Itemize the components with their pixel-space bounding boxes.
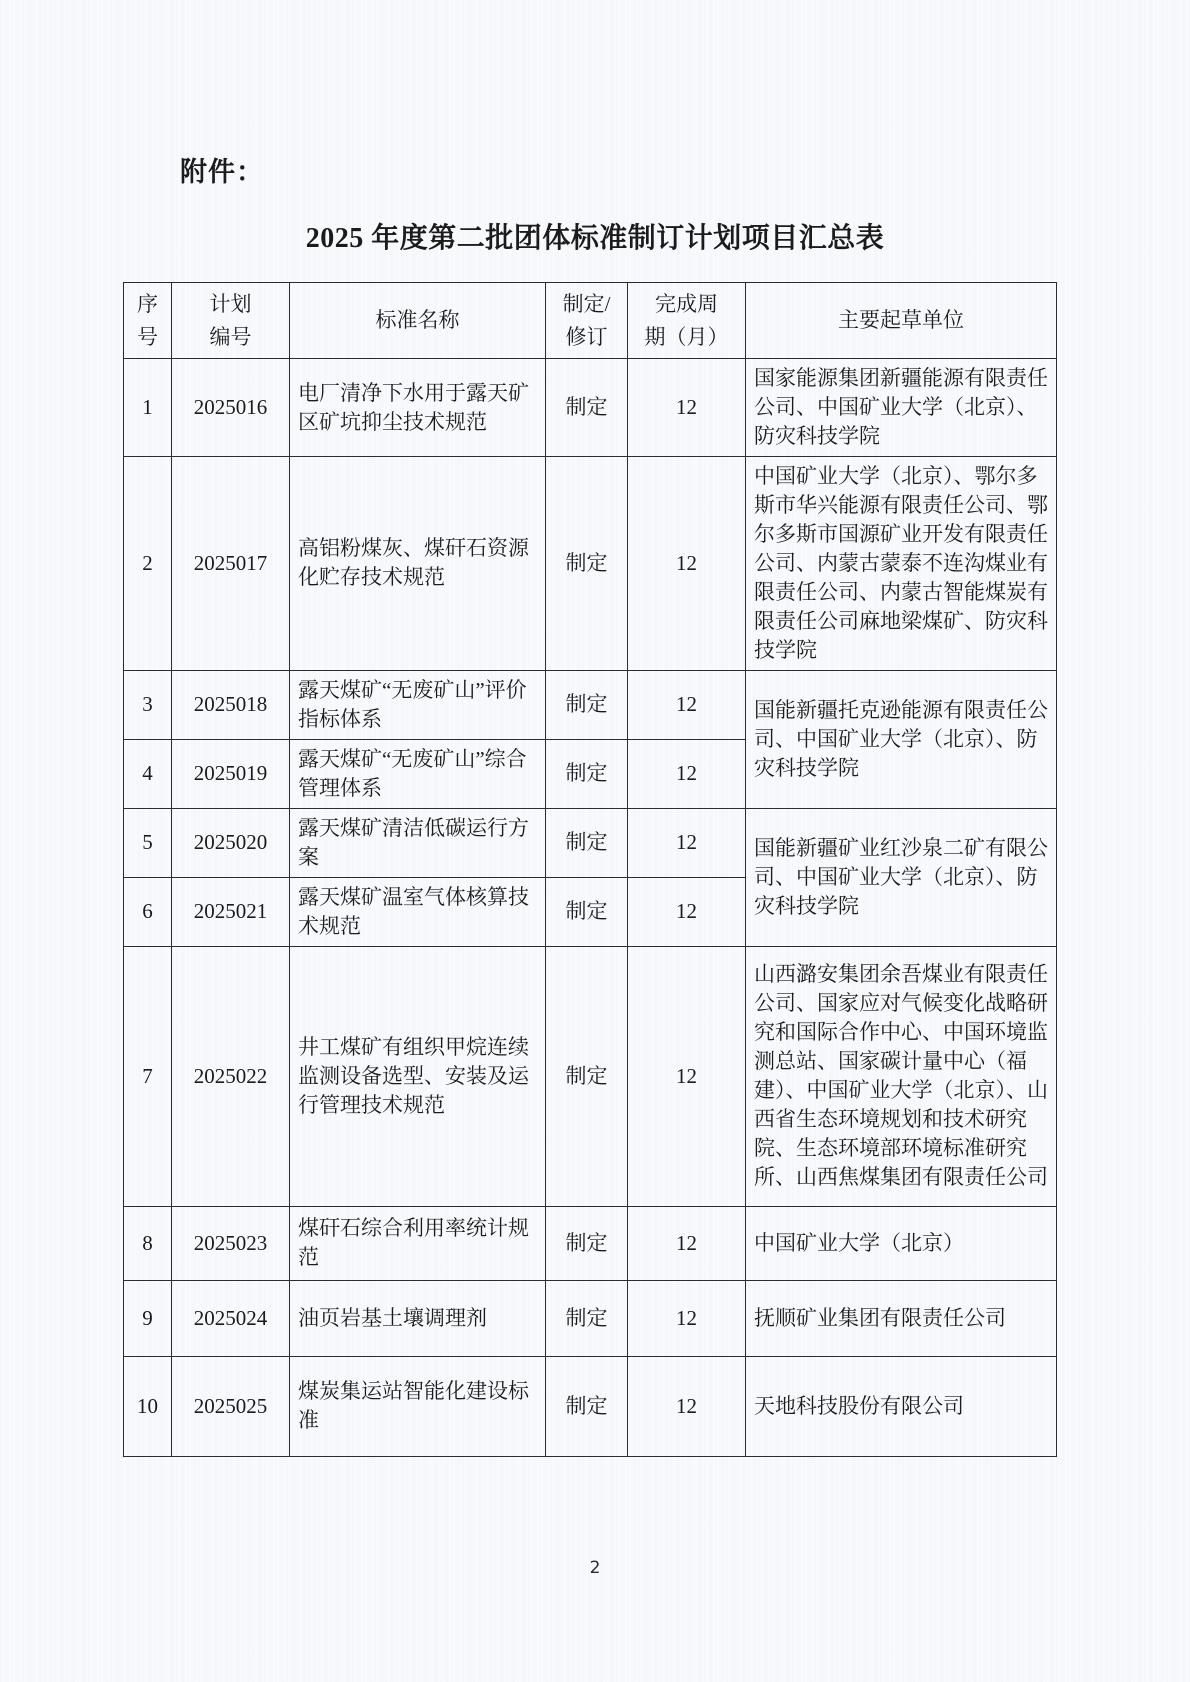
cell-plan-no: 2025018 <box>172 670 290 739</box>
cell-period: 12 <box>628 457 746 671</box>
cell-name: 井工煤矿有组织甲烷连续监测设备选型、安装及运行管理技术规范 <box>290 946 546 1206</box>
cell-index: 1 <box>124 359 172 457</box>
cell-unit: 中国矿业大学（北京）、鄂尔多斯市华兴能源有限责任公司、鄂尔多斯市国源矿业开发有限… <box>746 457 1057 671</box>
cell-period: 12 <box>628 1206 746 1280</box>
cell-name: 露天煤矿“无废矿山”综合管理体系 <box>290 739 546 808</box>
attachment-label: 附件： <box>180 150 264 189</box>
col-header-index: 序 号 <box>124 283 172 359</box>
cell-index: 3 <box>124 670 172 739</box>
cell-type: 制定 <box>546 1356 628 1456</box>
cell-index: 8 <box>124 1206 172 1280</box>
cell-plan-no: 2025025 <box>172 1356 290 1456</box>
cell-unit: 抚顺矿业集团有限责任公司 <box>746 1280 1057 1356</box>
cell-index: 2 <box>124 457 172 671</box>
cell-plan-no: 2025020 <box>172 808 290 877</box>
cell-period: 12 <box>628 877 746 946</box>
cell-plan-no: 2025022 <box>172 946 290 1206</box>
cell-unit: 天地科技股份有限公司 <box>746 1356 1057 1456</box>
col-header-unit: 主要起草单位 <box>746 283 1057 359</box>
cell-period: 12 <box>628 1280 746 1356</box>
page-title: 2025 年度第二批团体标准制订计划项目汇总表 <box>0 216 1190 256</box>
standards-table: 序 号 计划 编号 标准名称 制定/ 修订 完成周 期（月） 主要起草单位 1 … <box>123 282 1057 1457</box>
cell-index: 10 <box>124 1356 172 1456</box>
cell-unit: 中国矿业大学（北京） <box>746 1206 1057 1280</box>
page-number: 2 <box>0 1558 1190 1578</box>
cell-name: 电厂清净下水用于露天矿区矿坑抑尘技术规范 <box>290 359 546 457</box>
cell-plan-no: 2025017 <box>172 457 290 671</box>
cell-name: 煤矸石综合利用率统计规范 <box>290 1206 546 1280</box>
col-header-name: 标准名称 <box>290 283 546 359</box>
cell-name: 油页岩基土壤调理剂 <box>290 1280 546 1356</box>
cell-plan-no: 2025019 <box>172 739 290 808</box>
cell-type: 制定 <box>546 457 628 671</box>
cell-plan-no: 2025024 <box>172 1280 290 1356</box>
cell-type: 制定 <box>546 1206 628 1280</box>
cell-type: 制定 <box>546 739 628 808</box>
col-header-type: 制定/ 修订 <box>546 283 628 359</box>
table-row: 10 2025025 煤炭集运站智能化建设标准 制定 12 天地科技股份有限公司 <box>124 1356 1057 1456</box>
table-row: 7 2025022 井工煤矿有组织甲烷连续监测设备选型、安装及运行管理技术规范 … <box>124 946 1057 1206</box>
cell-type: 制定 <box>546 670 628 739</box>
cell-unit: 国家能源集团新疆能源有限责任公司、中国矿业大学（北京）、防灾科技学院 <box>746 359 1057 457</box>
cell-type: 制定 <box>546 1280 628 1356</box>
cell-name: 高铝粉煤灰、煤矸石资源化贮存技术规范 <box>290 457 546 671</box>
cell-name: 露天煤矿“无废矿山”评价指标体系 <box>290 670 546 739</box>
cell-index: 6 <box>124 877 172 946</box>
cell-period: 12 <box>628 670 746 739</box>
cell-index: 7 <box>124 946 172 1206</box>
table-row: 8 2025023 煤矸石综合利用率统计规范 制定 12 中国矿业大学（北京） <box>124 1206 1057 1280</box>
cell-type: 制定 <box>546 808 628 877</box>
table-row: 9 2025024 油页岩基土壤调理剂 制定 12 抚顺矿业集团有限责任公司 <box>124 1280 1057 1356</box>
cell-plan-no: 2025023 <box>172 1206 290 1280</box>
cell-plan-no: 2025021 <box>172 877 290 946</box>
cell-name: 露天煤矿温室气体核算技术规范 <box>290 877 546 946</box>
cell-name: 露天煤矿清洁低碳运行方案 <box>290 808 546 877</box>
cell-index: 9 <box>124 1280 172 1356</box>
table-row: 3 2025018 露天煤矿“无废矿山”评价指标体系 制定 12 国能新疆托克逊… <box>124 670 1057 739</box>
table-row: 1 2025016 电厂清净下水用于露天矿区矿坑抑尘技术规范 制定 12 国家能… <box>124 359 1057 457</box>
table-row: 5 2025020 露天煤矿清洁低碳运行方案 制定 12 国能新疆矿业红沙泉二矿… <box>124 808 1057 877</box>
cell-period: 12 <box>628 359 746 457</box>
cell-period: 12 <box>628 739 746 808</box>
table-row: 2 2025017 高铝粉煤灰、煤矸石资源化贮存技术规范 制定 12 中国矿业大… <box>124 457 1057 671</box>
col-header-plan-no: 计划 编号 <box>172 283 290 359</box>
cell-type: 制定 <box>546 877 628 946</box>
cell-period: 12 <box>628 1356 746 1456</box>
cell-period: 12 <box>628 946 746 1206</box>
cell-unit-merged: 国能新疆托克逊能源有限责任公司、中国矿业大学（北京）、防灾科技学院 <box>746 670 1057 808</box>
cell-plan-no: 2025016 <box>172 359 290 457</box>
cell-index: 5 <box>124 808 172 877</box>
cell-period: 12 <box>628 808 746 877</box>
cell-index: 4 <box>124 739 172 808</box>
col-header-period: 完成周 期（月） <box>628 283 746 359</box>
cell-name: 煤炭集运站智能化建设标准 <box>290 1356 546 1456</box>
cell-unit: 山西潞安集团余吾煤业有限责任公司、国家应对气候变化战略研究和国际合作中心、中国环… <box>746 946 1057 1206</box>
table-header-row: 序 号 计划 编号 标准名称 制定/ 修订 完成周 期（月） 主要起草单位 <box>124 283 1057 359</box>
cell-type: 制定 <box>546 359 628 457</box>
cell-type: 制定 <box>546 946 628 1206</box>
cell-unit-merged: 国能新疆矿业红沙泉二矿有限公司、中国矿业大学（北京）、防灾科技学院 <box>746 808 1057 946</box>
